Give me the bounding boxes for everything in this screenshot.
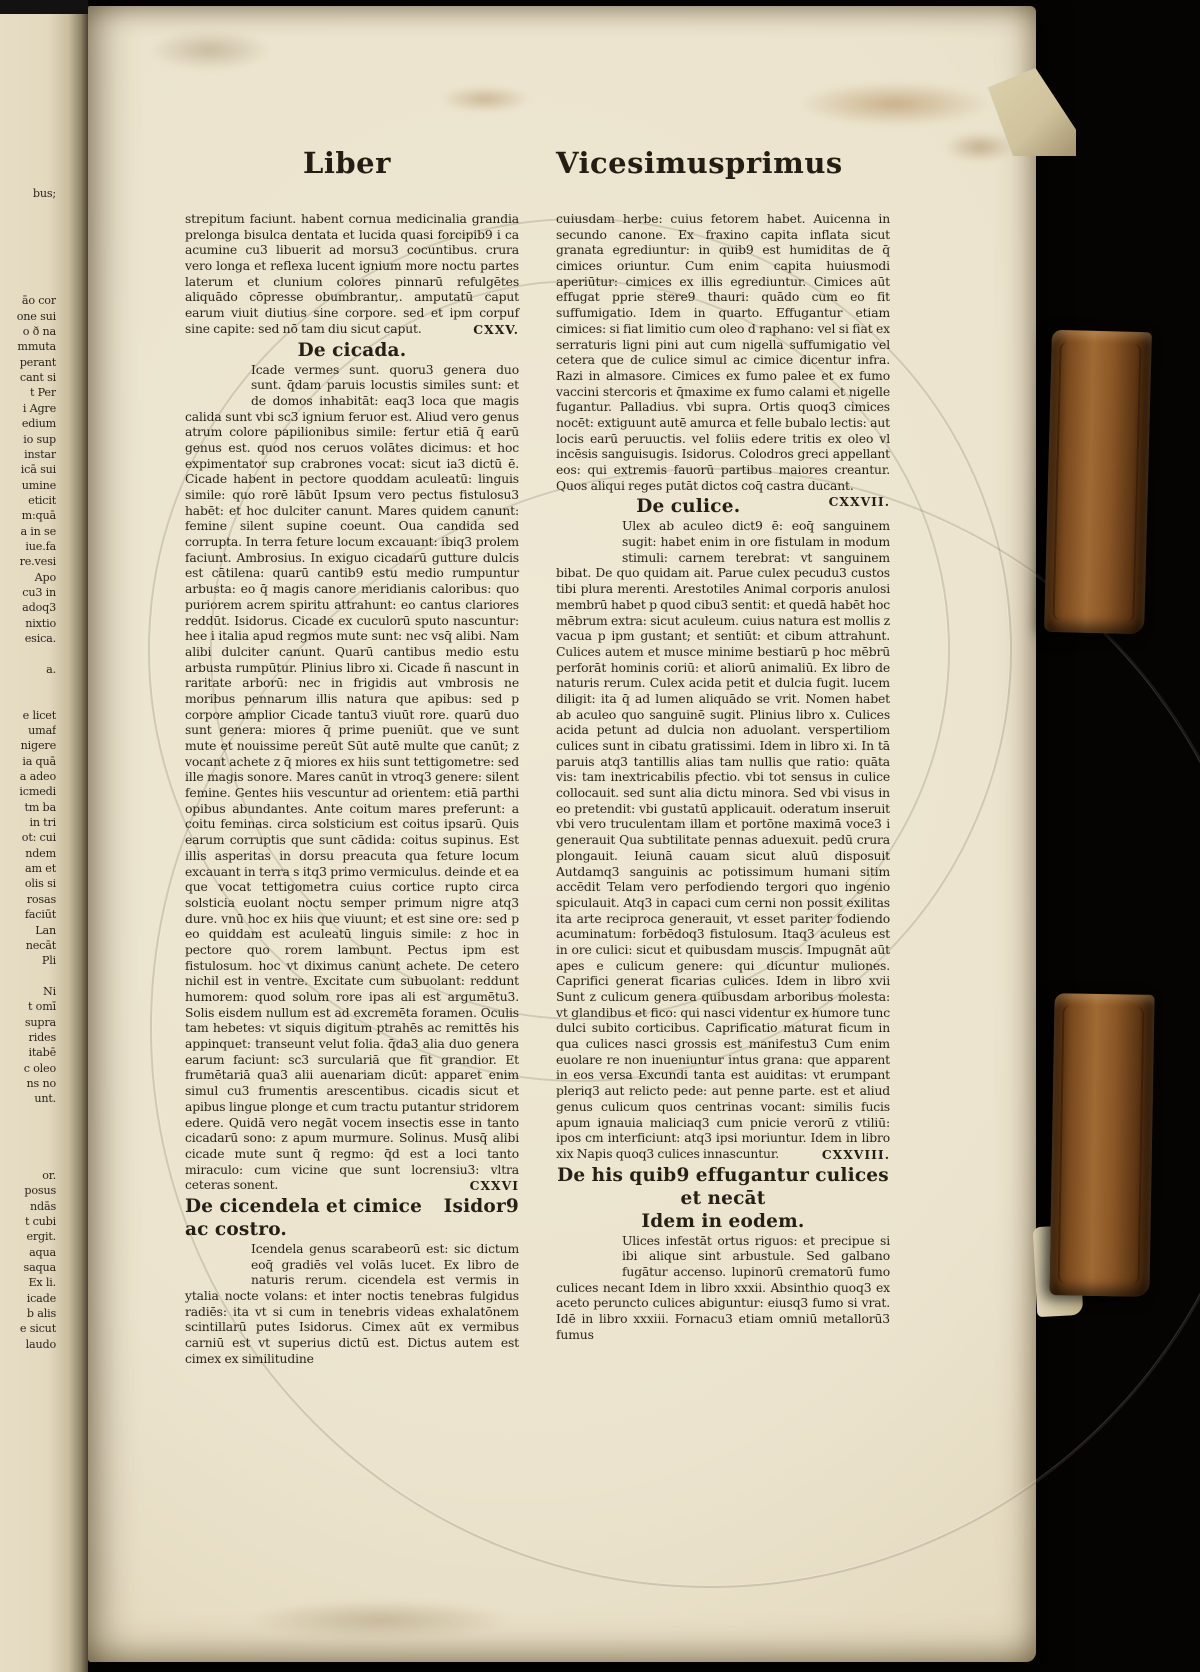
initial-letter-space	[556, 519, 622, 566]
marginalia-fragment-line: icade	[0, 1291, 56, 1306]
folio-number: CXXV.	[465, 322, 519, 338]
text-paragraph: cuiusdam herbe: cuius fetorem habet. Aui…	[556, 212, 890, 494]
marginalia-fragment-line: umaf	[0, 723, 56, 738]
marginalia-fragment-line: icmedi	[0, 784, 56, 799]
marginalia-fragment-line: nigere	[0, 738, 56, 753]
marginalia-fragment-line: e licet	[0, 708, 56, 723]
section-heading: De cicendela et cimice ac costro.Isidor9	[185, 1195, 519, 1241]
marginalia-fragment-line: a in se	[0, 524, 56, 539]
section-heading-text: De cicendela et cimice ac costro.	[185, 1195, 444, 1241]
folio-number: CXXVI	[462, 1178, 519, 1194]
marginalia-fragment-line: a adeo	[0, 769, 56, 784]
marginalia-fragment-line: necāt	[0, 938, 56, 953]
marginalia-fragment-line	[0, 263, 56, 278]
marginalia-fragment-line: rides	[0, 1030, 56, 1045]
marginalia-fragment-line	[0, 278, 56, 293]
strap-stitching	[1052, 342, 1141, 622]
marginalia-fragment-line: Lan	[0, 923, 56, 938]
page-edge-shadow	[0, 0, 88, 14]
section-heading-text: De culice.	[636, 496, 740, 517]
marginalia-fragment-line: āo cor	[0, 293, 56, 308]
marginalia-fragments: bus;āo corone suio ð nammutaperantcant s…	[0, 186, 59, 1352]
marginalia-fragment-line: Apo	[0, 570, 56, 585]
marginalia-fragment-line: Ex li.	[0, 1275, 56, 1290]
text-paragraph: strepitum faciunt. habent cornua medicin…	[185, 212, 519, 338]
leather-strap	[1044, 330, 1152, 635]
marginalia-fragment-line: nixtio	[0, 616, 56, 631]
marginalia-fragment-line: m:quā	[0, 508, 56, 523]
marginalia-fragment-line: ergit.	[0, 1229, 56, 1244]
marginalia-fragment-line: laudo	[0, 1337, 56, 1352]
marginalia-fragment-line: ot: cui	[0, 830, 56, 845]
text-paragraph: Icade vermes sunt. quoru3 genera duo sun…	[185, 363, 519, 1194]
text-paragraph: Ulex ab aculeo dict9 ē: eoq̄ sanguinem s…	[556, 519, 890, 1162]
marginalia-fragment-line: rosas	[0, 892, 56, 907]
marginalia-fragment-line	[0, 217, 56, 232]
initial-letter-space	[185, 1242, 251, 1289]
marginalia-fragment-line: instar	[0, 447, 56, 462]
marginalia-fragment-line: ns no	[0, 1076, 56, 1091]
marginalia-fragment-line: tm ba	[0, 800, 56, 815]
marginalia-fragment-line	[0, 677, 56, 692]
text-column-right: cuiusdam herbe: cuius fetorem habet. Aui…	[556, 212, 890, 1343]
marginalia-fragment-line: ndem	[0, 846, 56, 861]
marginalia-fragment-line: supra	[0, 1015, 56, 1030]
foxing-stain	[945, 132, 1015, 162]
marginalia-fragment-line: saqua	[0, 1260, 56, 1275]
text-paragraph: Icendela genus scarabeorū est: sic dictu…	[185, 1242, 519, 1368]
marginalia-fragment-line: olis si	[0, 876, 56, 891]
section-heading-text: De cicada.	[298, 340, 407, 361]
marginalia-fragment-line: one sui	[0, 309, 56, 324]
marginalia-fragment-line: itabē	[0, 1045, 56, 1060]
marginalia-fragment-line: t cubi	[0, 1214, 56, 1229]
marginalia-fragment-line: ndās	[0, 1199, 56, 1214]
marginalia-fragment-line	[0, 247, 56, 262]
marginalia-fragment-line: mmuta	[0, 339, 56, 354]
strap-stitching	[1058, 1005, 1145, 1284]
marginalia-fragment-line: Ni	[0, 984, 56, 999]
marginalia-fragment-line	[0, 692, 56, 707]
marginalia-fragment-line: perant	[0, 355, 56, 370]
marginalia-fragment-line: cu3 in	[0, 585, 56, 600]
marginalia-fragment-line: Pli	[0, 953, 56, 968]
marginalia-fragment-line: aqua	[0, 1245, 56, 1260]
marginalia-fragment-line: icā sui	[0, 462, 56, 477]
marginalia-fragment-line: esica.	[0, 631, 56, 646]
marginalia-fragment-line: c oleo	[0, 1061, 56, 1076]
marginalia-fragment-line	[0, 969, 56, 984]
running-head-liber: Liber	[303, 146, 391, 180]
text-column-left: strepitum faciunt. habent cornua medicin…	[185, 212, 519, 1367]
marginalia-fragment-line: t Per	[0, 385, 56, 400]
section-heading-text: De his quib9 effugantur culices et necāt	[557, 1165, 889, 1209]
initial-letter-space	[556, 1234, 622, 1281]
marginalia-fragment-line: faciūt	[0, 907, 56, 922]
foxing-stain	[800, 82, 990, 126]
marginalia-fragment-line: re.vesi	[0, 554, 56, 569]
marginalia-fragment-line: eticit	[0, 493, 56, 508]
marginalia-fragment-line: posus	[0, 1183, 56, 1198]
marginalia-fragment-line	[0, 646, 56, 661]
marginalia-fragment-line: bus;	[0, 186, 56, 201]
marginalia-fragment-line: a.	[0, 662, 56, 677]
marginalia-fragment-line: cant si	[0, 370, 56, 385]
foxing-stain	[440, 86, 530, 112]
marginalia-fragment-line	[0, 1107, 56, 1122]
marginalia-fragment-line: adoq3	[0, 600, 56, 615]
section-heading-attribution: Isidor9	[444, 1195, 519, 1241]
marginalia-fragment-line: am et	[0, 861, 56, 876]
marginalia-fragment-line: o ð na	[0, 324, 56, 339]
marginalia-fragment-line: or.	[0, 1168, 56, 1183]
leather-strap	[1049, 993, 1154, 1297]
marginalia-fragment-line	[0, 1122, 56, 1137]
marginalia-fragment-line: io sup	[0, 432, 56, 447]
initial-letter-space	[185, 363, 251, 410]
section-heading-subline: Idem in eodem.	[556, 1210, 890, 1233]
marginalia-fragment-line	[0, 232, 56, 247]
marginalia-fragment-line: t omī	[0, 999, 56, 1014]
foxing-stain	[250, 1600, 510, 1640]
marginalia-fragment-line: iue.fa	[0, 539, 56, 554]
marginalia-fragment-line: edium	[0, 416, 56, 431]
section-heading: De his quib9 effugantur culices et necāt…	[556, 1164, 890, 1233]
marginalia-fragment-line	[0, 201, 56, 216]
marginalia-fragment-line: b alis	[0, 1306, 56, 1321]
running-head-book-number: Vicesimusprimus	[556, 146, 843, 180]
folio-number: CXXVIII.	[814, 1147, 890, 1163]
marginalia-fragment-line: unt.	[0, 1091, 56, 1106]
marginalia-fragment-line: e sicut	[0, 1321, 56, 1336]
marginalia-fragment-line	[0, 1137, 56, 1152]
foxing-stain	[150, 30, 270, 70]
book-photograph: bus;āo corone suio ð nammutaperantcant s…	[0, 0, 1200, 1672]
section-heading: De cicada.	[185, 339, 519, 362]
marginalia-fragment-line: ia quā	[0, 754, 56, 769]
marginalia-fragment-line	[0, 1153, 56, 1168]
marginalia-fragment-line: in tri	[0, 815, 56, 830]
marginalia-fragment-line: umine	[0, 478, 56, 493]
folio-number: CXXVII.	[821, 494, 890, 510]
text-paragraph: Ulices infestāt ortus riguos: et precipu…	[556, 1234, 890, 1344]
marginalia-fragment-line: i Agre	[0, 401, 56, 416]
